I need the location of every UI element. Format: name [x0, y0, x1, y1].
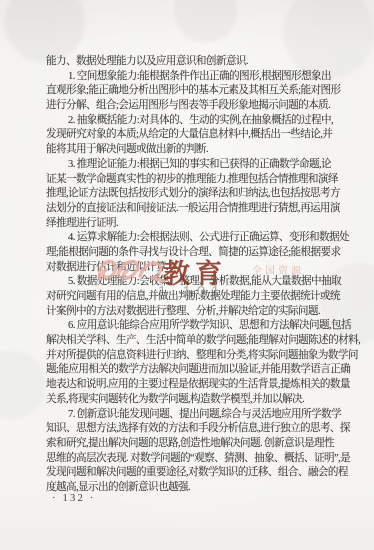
- text-line: 6. 应用意识:能综合应用所学数学知识、思想和方法解决问题,包括: [46, 319, 343, 334]
- text-line: 3. 推理论证能力:根据已知的事实和已获得的正确数学命题,论: [46, 158, 343, 173]
- scanned-page: 能力、数据处理能力以及应用意识和创新意识.1. 空间想象能力:能根据条件作出正确…: [0, 0, 374, 550]
- text-line: 思维的高层次表现. 对数学问题的“观察、猜测、抽象、概括、证明”,是: [46, 452, 343, 467]
- text-line: 知识、思想方法,选择有效的方法和手段分析信息,进行独立的思考、探: [46, 422, 343, 437]
- text-line: 2. 抽象概括能力:对具体的、生动的实例,在抽象概括的过程中,: [46, 114, 343, 129]
- text-line: 发现研究对象的本质;从给定的大量信息材料中,概括出一些结论,并: [46, 128, 343, 143]
- text-line: 4. 运算求解能力:会根据法则、公式进行正确运算、变形和数据处: [46, 231, 343, 246]
- text-line: 发现问题和解决问题的重要途径,对数学知识的迁移、组合、融会的程: [46, 466, 343, 481]
- text-line: 证某一数学命题真实性的初步的推理能力.推理包括合情推理和演绎: [46, 173, 343, 188]
- text-line: 5. 数据处理能力:会收集、整理、分析数据,能从大量数据中抽取: [46, 275, 343, 290]
- text-line: 直观形象;能正确地分析出图形中的基本元素及其相互关系;能对图形: [46, 84, 343, 99]
- document-text: 能力、数据处理能力以及应用意识和创新意识.1. 空间想象能力:能根据条件作出正确…: [46, 55, 343, 496]
- text-line: 7. 创新意识:能发现问题、提出问题,综合与灵活地应用所学数学: [46, 408, 343, 423]
- text-line: 对研究问题有用的信息,并做出判断.数据处理能力主要依据统计或统: [46, 290, 343, 305]
- text-line: 解决相关学科、生产、生活中简单的数学问题;能理解对问题陈述的材料,: [46, 334, 343, 349]
- text-line: 地表达和说明.应用的主要过程是依据现实的生活背景,提炼相关的数量: [46, 378, 343, 393]
- text-line: 法划分的直接证法和间接证法.一般运用合情推理进行猜想,再运用演: [46, 202, 343, 217]
- text-line: 1. 空间想象能力:能根据条件作出正确的图形,根据图形想象出: [46, 70, 343, 85]
- text-line: 能将其用于解决问题或做出新的判断.: [46, 143, 343, 158]
- text-line: 索和研究,提出解决问题的思路,创造性地解决问题. 创新意识是理性: [46, 437, 343, 452]
- text-line: 进行分解、组合;会运用图形与图表等手段形象地揭示问题的本质.: [46, 99, 343, 114]
- text-line: 绎推理进行证明.: [46, 217, 343, 232]
- text-line: 关系,将现实问题转化为数学问题,构造数学模型,并加以解决.: [46, 393, 343, 408]
- text-line: 推理,论证方法既包括按形式划分的演绎法和归纳法,也包括按思考方: [46, 187, 343, 202]
- text-line: 题;能应用相关的数学方法解决问题进而加以验证,并能用数学语言正确: [46, 363, 343, 378]
- text-line: 理;能根据问题的条件寻找与设计合理、简捷的运算途径;能根据要求: [46, 246, 343, 261]
- text-line: 并对所提供的信息资料进行归纳、整理和分类,将实际问题抽象为数学问: [46, 349, 343, 364]
- text-line: 计案例中的方法对数据进行整理、分析,并解决给定的实际问题.: [46, 305, 343, 320]
- text-line: 对数据进行估计和近似计算.: [46, 261, 343, 276]
- page-number: · 132 ·: [52, 492, 95, 504]
- text-line: 能力、数据处理能力以及应用意识和创新意识.: [46, 55, 343, 70]
